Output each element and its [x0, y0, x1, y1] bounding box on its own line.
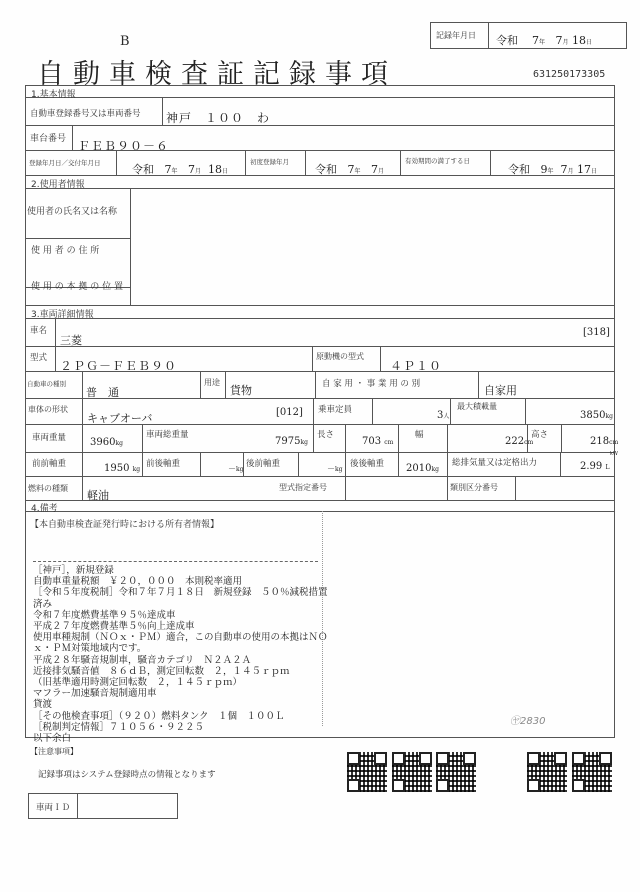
make-code: [318]	[583, 327, 610, 338]
rr-axle-weight: 2010kg	[406, 463, 439, 474]
height-label: 高さ	[531, 428, 548, 440]
vehicle-class-label: 自動車の種別	[27, 379, 66, 388]
remarks-line: 使用車種規制（ＮＯｘ・ＰＭ）適合，この自動車の使用の本拠はＮＯ	[33, 632, 328, 643]
make: 三菱	[60, 332, 82, 348]
user-name-label: 使用者の氏名又は名称	[27, 204, 117, 217]
section-remarks: 4.備考	[31, 501, 58, 514]
qr-code-1	[347, 752, 387, 792]
record-date-box: 記録年月日 令和 7年 7月 18日	[430, 22, 627, 49]
gross-weight-label: 車両総重量	[146, 428, 189, 440]
chassis-number: ＦＥＢ９０－６	[78, 137, 169, 154]
series-letter: B	[120, 34, 130, 49]
qr-code-4	[527, 752, 567, 792]
remarks-line: 平成２７年度燃費基準５％向上達成車	[33, 621, 328, 632]
owner-info-heading: 【本自動車検査証発行時における所有者情報】	[30, 517, 219, 530]
vehicle-id-box: 車両ＩＤ	[28, 793, 178, 819]
handwritten-note: ㋳2830	[510, 712, 545, 727]
notice-heading: 【注意事項】	[30, 746, 78, 757]
user-address-label: 使 用 者 の 住 所	[31, 243, 99, 256]
vehicle-weight-label: 車両重量	[32, 431, 66, 443]
rf-axle-label: 後前軸重	[246, 457, 280, 469]
displacement: 2.99 L	[580, 461, 609, 472]
private-business: 自家用	[484, 382, 517, 398]
model: ２ＰＧ－ＦＥＢ９０	[60, 357, 177, 374]
length-label: 長さ	[317, 428, 334, 440]
remarks-line: マフラー加速騒音規制適用車	[33, 688, 328, 699]
remarks-line: ［その他検査事項］（９２０）燃料タンク １個 １００Ｌ	[33, 711, 328, 722]
remarks-line: ［税制判定情報］７１０５６・９２２５	[33, 722, 328, 733]
private-business-label: 自 家 用 ・ 事 業 用 の 別	[322, 377, 420, 389]
remarks-text: ［神戸］，新規登録自動車重量税額 ￥２０，０００ 本則税率適用［令和５年度税制］…	[33, 565, 328, 744]
category-label: 類別区分番号	[450, 482, 498, 493]
fuel: 軽油	[87, 487, 109, 503]
record-date: 令和 7年 7月 18日	[496, 32, 592, 48]
displacement-unit-kw: kW	[610, 451, 618, 457]
max-load-label: 最大積載量	[457, 401, 497, 412]
qr-code-3	[436, 752, 476, 792]
vehicle-class: 普 通	[86, 384, 119, 400]
registration-date-label: 登録年月日／交付年月日	[29, 158, 101, 167]
ff-axle-label: 前前軸重	[32, 457, 66, 469]
make-label: 車名	[30, 324, 47, 336]
registration-number: 神戸 １００ わ	[166, 109, 270, 126]
chassis-number-label: 車台番号	[30, 131, 66, 144]
remarks-line: 令和７年度燃費基準９５％達成車	[33, 610, 328, 621]
engine-model-label: 原動機の型式	[316, 351, 364, 362]
height: 218cm	[590, 436, 618, 447]
type-designation-label: 型式指定番号	[279, 482, 327, 493]
registration-date: 令和 7年 7月 18日	[132, 161, 228, 177]
notice-text: 記録事項はシステム登録時点の情報となります	[38, 768, 216, 780]
vehicle-id-label: 車両ＩＤ	[36, 801, 70, 813]
fr-axle-weight: －kg	[228, 463, 243, 474]
gross-weight: 7975kg	[275, 436, 308, 447]
max-load: 3850kg	[580, 410, 613, 421]
displacement-label: 総排気量又は定格出力	[452, 456, 537, 468]
remarks-line: 貸渡	[33, 699, 328, 710]
body-shape: キャブオーバ	[87, 410, 152, 426]
rf-axle-weight: －kg	[327, 463, 342, 474]
qr-code-5	[572, 752, 612, 792]
vehicle-weight: 3960kg	[90, 437, 123, 448]
registration-number-label: 自動車登録番号又は車両番号	[30, 107, 141, 119]
section-user-info: 2.使用者情報	[31, 177, 85, 190]
first-registration-label: 初度登録年月	[250, 157, 289, 166]
remarks-line: 近接排気騒音値 ８６ｄＢ，測定回転数 ２，１４５ｒｐｍ	[33, 666, 328, 677]
rr-axle-label: 後後軸重	[350, 457, 384, 469]
record-date-label: 記録年月日	[436, 30, 476, 41]
expiry-date-label: 有効期間の満了する日	[405, 156, 470, 165]
engine-model: ４Ｐ１０	[390, 357, 442, 374]
width: 222cm	[505, 436, 533, 447]
purpose: 貨物	[230, 382, 252, 398]
fuel-label: 燃料の種類	[28, 483, 68, 494]
remarks-line: 自動車重量税額 ￥２０，０００ 本則税率適用	[33, 576, 328, 587]
body-shape-label: 車体の形状	[28, 404, 68, 415]
first-registration-date: 令和 7年 7月	[315, 161, 384, 177]
purpose-label: 用途	[204, 377, 220, 388]
model-label: 型式	[30, 351, 47, 363]
capacity: 3人	[437, 410, 449, 421]
fr-axle-label: 前後軸重	[146, 457, 180, 469]
remarks-line: （旧基準適用時測定回転数 ２，１４５ｒｐｍ）	[33, 677, 328, 688]
remarks-line: ｘ・ＰＭ対策地域内です。	[33, 643, 328, 654]
body-shape-code: [012]	[276, 407, 303, 418]
capacity-label: 乗車定員	[318, 403, 352, 415]
remarks-line: ［神戸］，新規登録	[33, 565, 328, 576]
remarks-line: 平成２８年騒音規制車，騒音カテゴリ Ｎ２Ａ２Ａ	[33, 655, 328, 666]
expiry-date: 令和 9年 7月 17日	[508, 161, 597, 177]
section-vehicle-details: 3.車両詳細情報	[31, 307, 94, 320]
length: 703 cm	[362, 436, 393, 447]
remarks-line: 済み	[33, 599, 328, 610]
width-label: 幅	[415, 428, 424, 440]
ff-axle-weight: 1950 kg	[104, 463, 140, 474]
section-basic-info: 1.基本情報	[31, 87, 76, 100]
remarks-line: 以下余白	[33, 733, 328, 744]
qr-code-2	[392, 752, 432, 792]
remarks-line: ［令和５年度税制］令和７年７月１８日 新規登録 ５０％減税措置	[33, 587, 328, 598]
document-number: 631250173305	[533, 69, 605, 80]
base-location-label: 使 用 の 本 拠 の 位 置	[31, 279, 123, 292]
